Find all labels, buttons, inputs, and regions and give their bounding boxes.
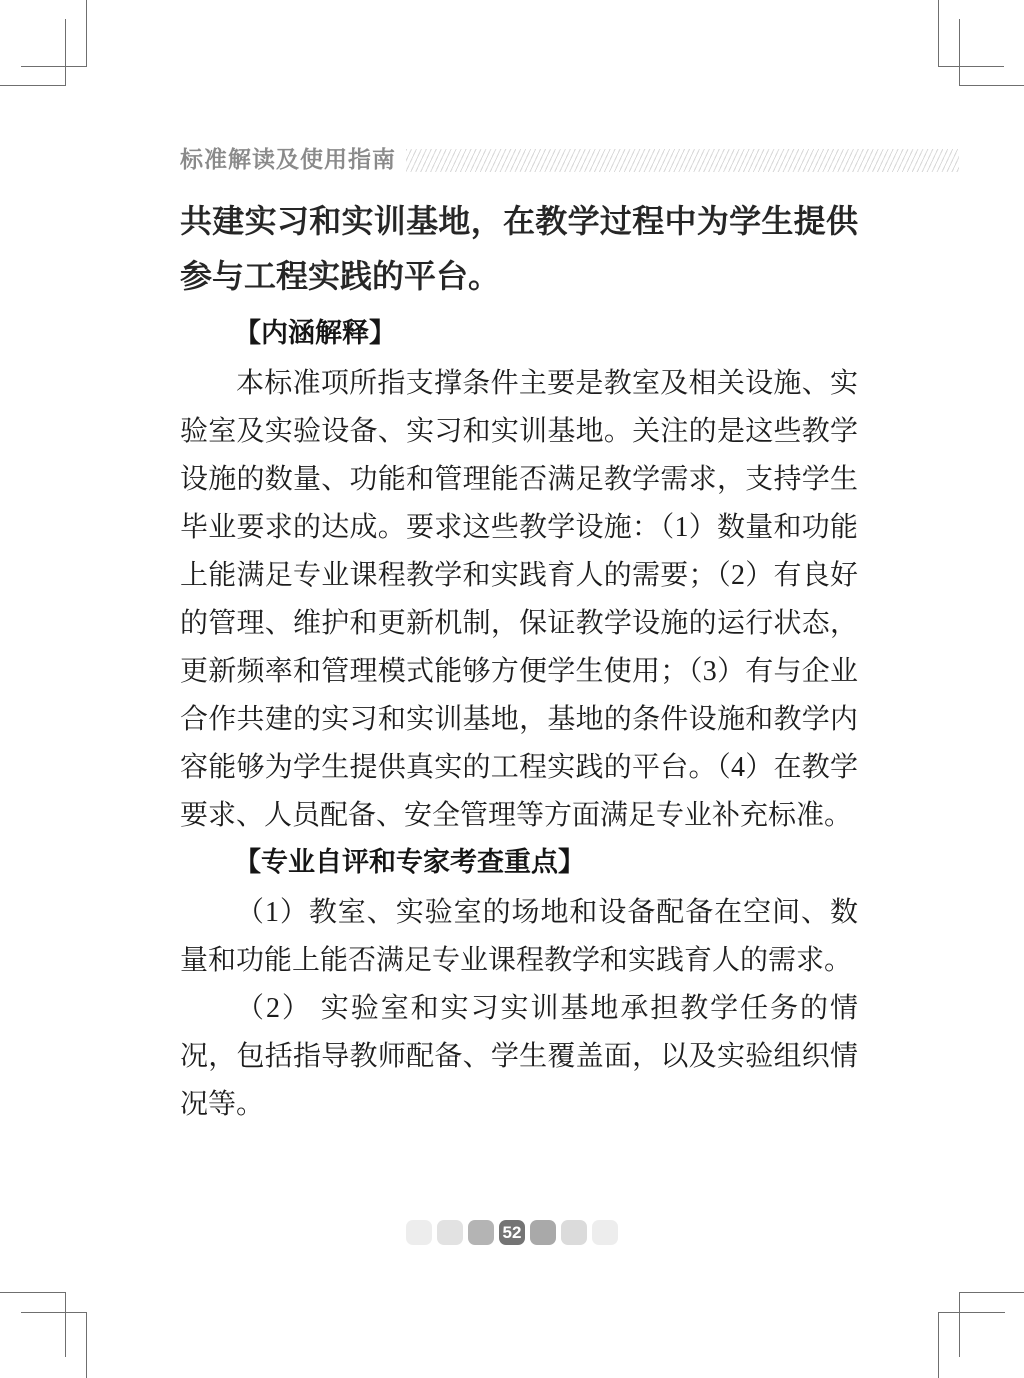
hatch-rule — [406, 149, 959, 172]
crop-mark-top-right-outer — [959, 19, 1024, 86]
section-body-connotation: 本标准项所指支撑条件主要是教室及相关设施、实验室及实验设备、实习和实训基地。关注… — [180, 360, 858, 840]
crop-mark-top-left-outer — [0, 19, 66, 86]
footer-square — [437, 1220, 463, 1245]
page-number-badge: 52 — [499, 1220, 525, 1245]
footer-square — [406, 1220, 432, 1245]
footer-square — [561, 1220, 587, 1245]
paragraph: 本标准项所指支撑条件主要是教室及相关设施、实验室及实验设备、实习和实训基地。关注… — [180, 360, 858, 840]
page-content: 共建实习和实训基地，在教学过程中为学生提供参与工程实践的平台。 【内涵解释】 本… — [180, 194, 858, 1129]
paragraph: （2） 实验室和实习实训基地承担教学任务的情况，包括指导教师配备、学生覆盖面，以… — [180, 985, 858, 1129]
crop-mark-bottom-left-inner — [21, 1312, 87, 1378]
paragraph: （1）教室、实验室的场地和设备配备在空间、数量和功能上能否满足专业课程教学和实践… — [180, 889, 858, 985]
page-title: 共建实习和实训基地，在教学过程中为学生提供参与工程实践的平台。 — [180, 194, 858, 304]
page-footer-squares: 52 — [0, 1220, 1024, 1245]
footer-square — [530, 1220, 556, 1245]
section-heading-connotation: 【内涵解释】 — [180, 311, 858, 355]
crop-mark-bottom-right-inner — [938, 1312, 1005, 1378]
section-body-review-points: （1）教室、实验室的场地和设备配备在空间、数量和功能上能否满足专业课程教学和实践… — [180, 889, 858, 1129]
footer-square — [592, 1220, 618, 1245]
section-heading-review-points: 【专业自评和专家考查重点】 — [180, 840, 858, 884]
running-header-title: 标准解读及使用指南 — [180, 146, 396, 172]
running-header: 标准解读及使用指南 — [180, 146, 959, 172]
footer-square — [468, 1220, 494, 1245]
book-page: 标准解读及使用指南 共建实习和实训基地，在教学过程中为学生提供参与工程实践的平台… — [0, 0, 1024, 1378]
